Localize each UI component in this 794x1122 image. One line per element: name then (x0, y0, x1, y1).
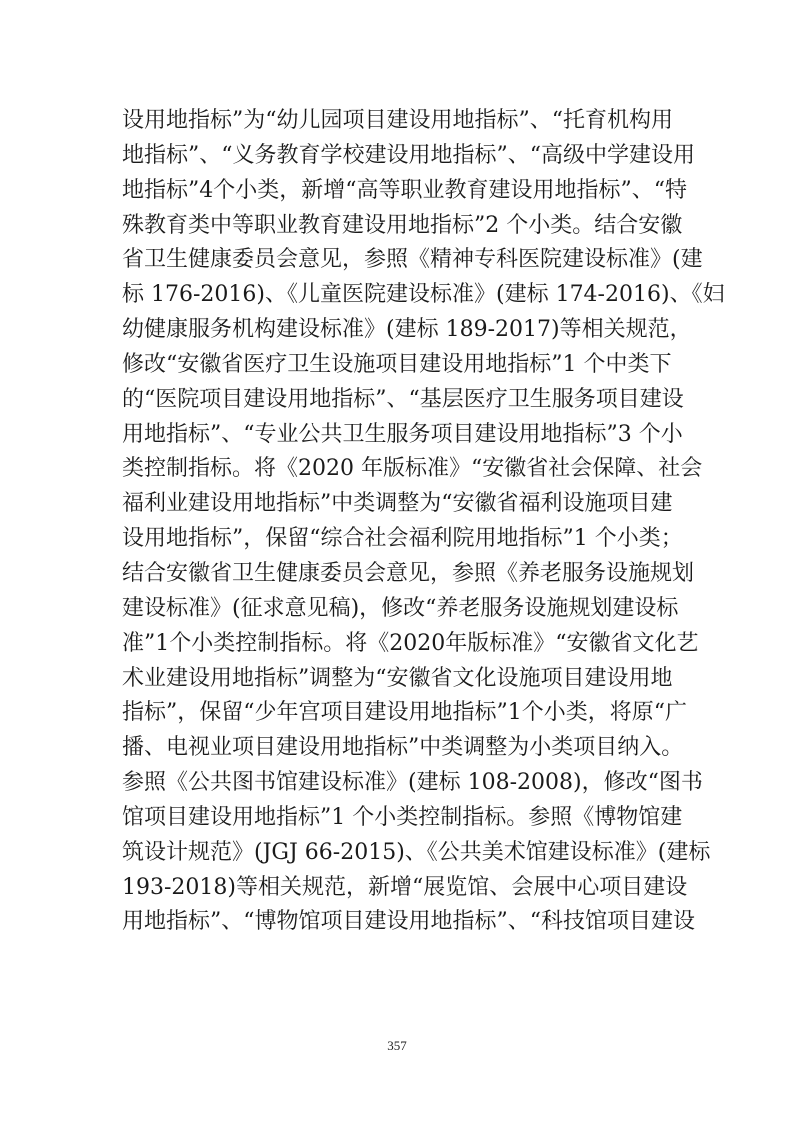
text-line: 标 176-2016)、《儿童医院建设标准》(建标 174-2016)、《妇 (122, 278, 670, 313)
text-line: 建设标准》(征求意见稿)，修改“养老服务设施规划建设标 (122, 592, 670, 627)
text-line: 播、电视业项目建设用地指标”中类调整为小类项目纳入。 (122, 731, 670, 766)
text-line: 参照《公共图书馆建设标准》(建标 108-2008)，修改“图书 (122, 766, 670, 801)
text-line: 类控制指标。将《2020 年版标准》“安徽省社会保障、社会 (122, 452, 670, 487)
text-line: 结合安徽省卫生健康委员会意见，参照《养老服务设施规划 (122, 557, 670, 592)
page-number: 357 (0, 1038, 794, 1054)
text-line: 193-2018)等相关规范，新增“展览馆、会展中心项目建设 (122, 871, 670, 906)
body-paragraph: 设用地指标”为“幼儿园项目建设用地指标”、“托育机构用 地指标”、“义务教育学校… (122, 104, 672, 940)
text-line: 馆项目建设用地指标”1 个小类控制指标。参照《博物馆建 (122, 801, 670, 836)
text-line: 幼健康服务机构建设标准》(建标 189-2017)等相关规范， (122, 313, 670, 348)
text-line: 准”1个小类控制指标。将《2020年版标准》“安徽省文化艺 (122, 627, 670, 662)
document-page: 设用地指标”为“幼儿园项目建设用地指标”、“托育机构用 地指标”、“义务教育学校… (0, 0, 794, 1122)
text-line: 设用地指标”，保留“综合社会福利院用地指标”1 个小类； (122, 522, 670, 557)
text-line: 用地指标”、“专业公共卫生服务项目建设用地指标”3 个小 (122, 418, 670, 453)
text-line: 指标”，保留“少年宫项目建设用地指标”1个小类，将原“广 (122, 696, 670, 731)
text-line: 省卫生健康委员会意见，参照《精神专科医院建设标准》(建 (122, 243, 670, 278)
text-line: 术业建设用地指标”调整为“安徽省文化设施项目建设用地 (122, 662, 670, 697)
text-line: 修改“安徽省医疗卫生设施项目建设用地指标”1 个中类下 (122, 348, 670, 383)
text-line: 殊教育类中等职业教育建设用地指标”2 个小类。结合安徽 (122, 209, 670, 244)
text-line: 地指标”、“义务教育学校建设用地指标”、“高级中学建设用 (122, 139, 670, 174)
text-line: 的“医院项目建设用地指标”、“基层医疗卫生服务项目建设 (122, 383, 670, 418)
text-line: 地指标”4个小类，新增“高等职业教育建设用地指标”、“特 (122, 174, 670, 209)
text-line: 筑设计规范》(JGJ 66-2015)、《公共美术馆建设标准》(建标 (122, 836, 670, 871)
text-line: 福利业建设用地指标”中类调整为“安徽省福利设施项目建 (122, 487, 670, 522)
text-line: 用地指标”、“博物馆项目建设用地指标”、“科技馆项目建设 (122, 905, 670, 940)
text-line: 设用地指标”为“幼儿园项目建设用地指标”、“托育机构用 (122, 104, 670, 139)
